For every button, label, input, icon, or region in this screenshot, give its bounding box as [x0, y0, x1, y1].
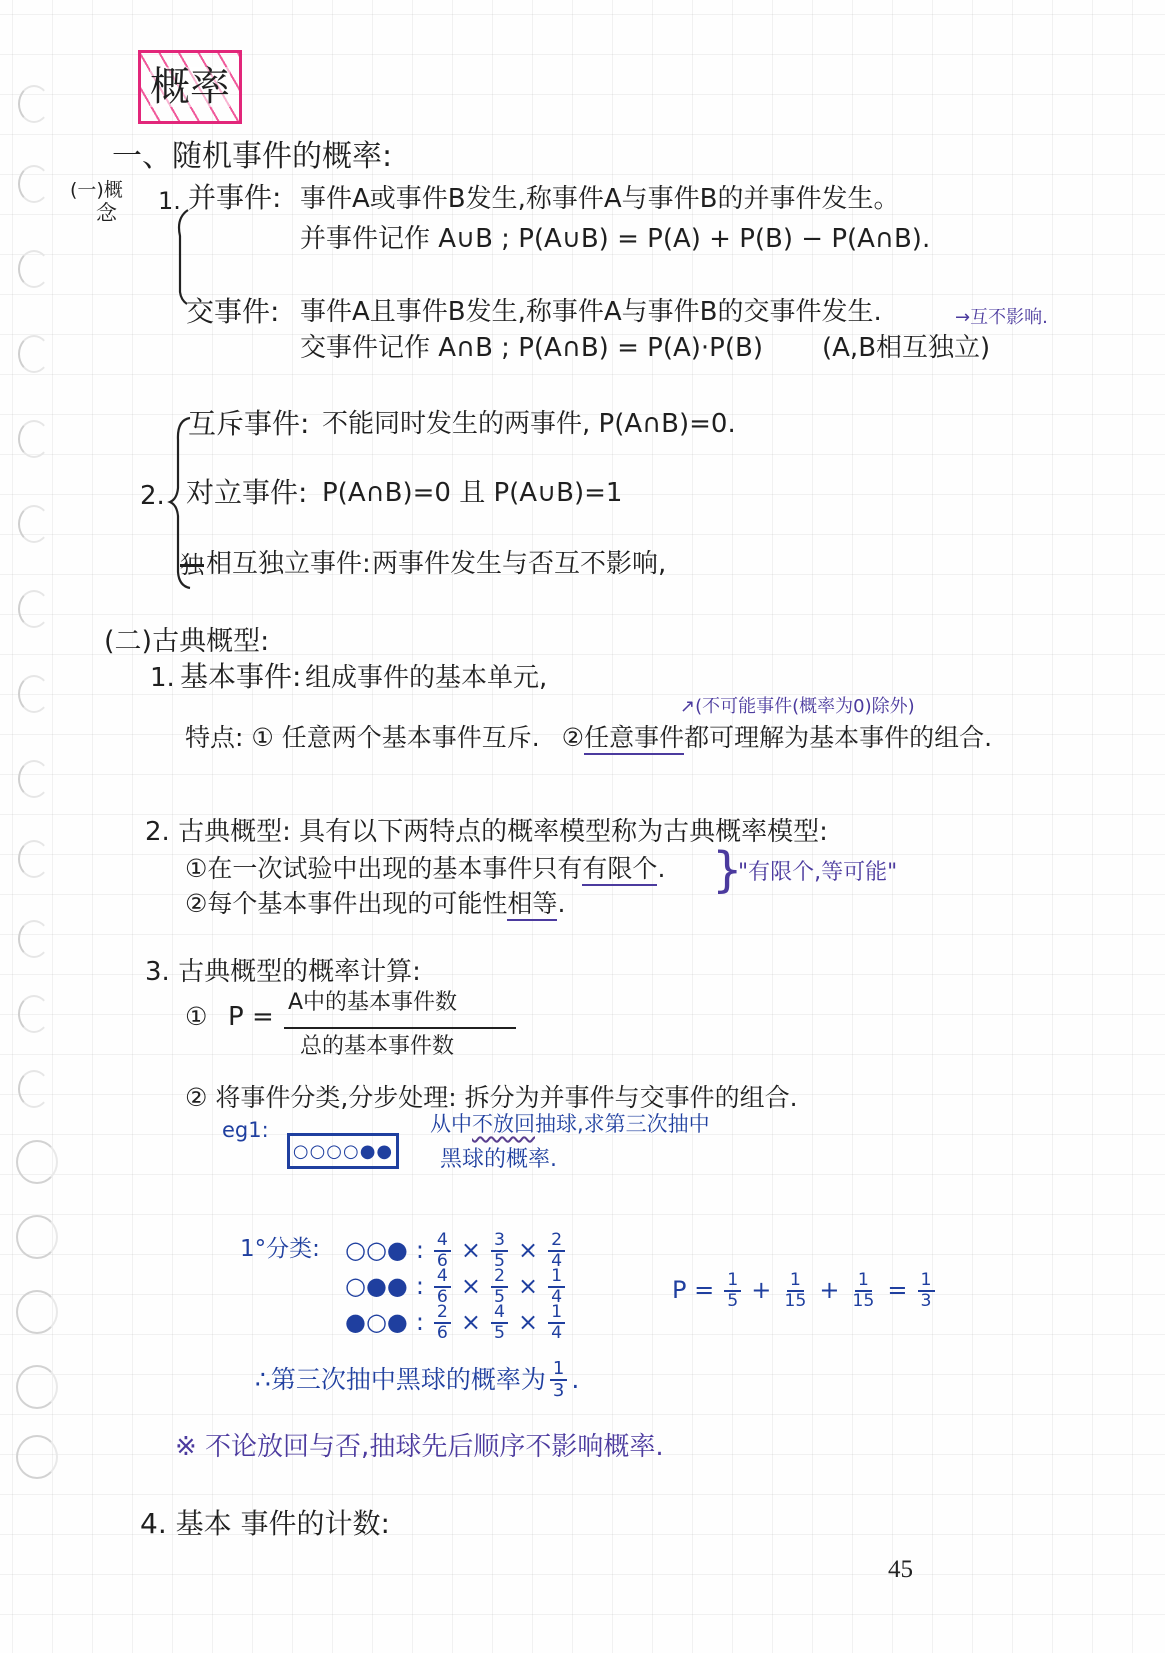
binder-hole: [18, 335, 50, 373]
subsection-label: (一)概: [70, 180, 123, 202]
exclusive-event-text: 不能同时发生的两事件, P(A∩B)=0.: [322, 410, 736, 440]
ball-pattern: ○●●: [345, 1273, 408, 1301]
item-number: 1.: [150, 664, 175, 694]
binder-hole: [16, 1435, 58, 1479]
denominator: 15: [849, 1292, 877, 1310]
struck-character: 独: [180, 552, 204, 580]
item-number: 2.: [140, 482, 165, 512]
fraction: 46: [434, 1268, 451, 1307]
condition-2-end: .: [557, 889, 565, 918]
fraction: 46: [434, 1232, 451, 1271]
example-conclusion: ∴第三次抽中黑球的概率为 13 .: [255, 1360, 579, 1400]
binder-hole: [16, 1365, 58, 1409]
binder-hole: [18, 505, 50, 543]
binder-hole: [16, 1140, 58, 1184]
numerator: 2: [434, 1304, 451, 1324]
denominator: 6: [434, 1324, 451, 1342]
numerator: 1: [918, 1272, 935, 1292]
example-label: eg1:: [222, 1118, 269, 1142]
union-event-definition: 事件A或事件B发生,称事件A与事件B的并事件发生。: [300, 185, 900, 215]
separator: :: [416, 1309, 424, 1337]
numerator: 1: [550, 1360, 567, 1381]
times-sign: ×: [461, 1273, 481, 1301]
opposite-event-term: 对立事件:: [186, 477, 307, 509]
formula-lhs: P =: [228, 1003, 274, 1033]
feature-2-prefix: ②: [562, 723, 584, 752]
denominator: 5: [724, 1292, 741, 1310]
condition-2-text: ②每个基本事件出现的可能性: [185, 889, 507, 918]
binder-hole: [18, 920, 50, 958]
exclusive-event-term: 互斥事件:: [188, 408, 309, 440]
intersection-event-term: 交事件:: [186, 296, 279, 328]
binder-hole: [18, 250, 50, 288]
elementary-event-term: 基本事件:: [180, 661, 301, 693]
fraction-bar: [284, 1027, 516, 1029]
numerator: 1: [548, 1268, 565, 1288]
conclusion-text: ∴第三次抽中黑球的概率为: [255, 1366, 546, 1395]
independent-event-text: 两事件发生与否互不影响,: [372, 550, 666, 580]
balls: ○○○○●●: [293, 1141, 393, 1162]
method-1-number: ①: [185, 1003, 207, 1032]
ball-pattern: ●○●: [345, 1309, 408, 1337]
total-probability: P = 15 + 115 + 115 = 13: [672, 1272, 937, 1311]
section-2-heading: (二)古典概型:: [104, 626, 269, 657]
numerator: 4: [434, 1268, 451, 1288]
equals-sign: =: [887, 1277, 907, 1305]
binder-hole: [18, 420, 50, 458]
plus-sign: +: [819, 1277, 839, 1305]
independence-condition: (A,B相互独立): [822, 334, 990, 364]
denominator: 5: [491, 1324, 508, 1342]
order-independence-note: ※ 不论放回与否,抽球先后顺序不影响概率.: [175, 1433, 664, 1463]
binder-hole: [18, 840, 50, 878]
times-sign: ×: [518, 1273, 538, 1301]
fraction: 35: [491, 1232, 508, 1271]
feature-2-underlined: 任意事件: [584, 723, 684, 755]
binder-hole: [18, 165, 50, 203]
separator: :: [416, 1237, 424, 1265]
fraction: 45: [491, 1304, 508, 1343]
numerator: 1: [787, 1272, 804, 1292]
binder-hole: [18, 760, 50, 798]
binder-hole: [18, 675, 50, 713]
ball-box: ○○○○●●: [287, 1133, 399, 1169]
denominator: 4: [548, 1324, 565, 1342]
condition-2-underlined: 相等: [507, 889, 557, 921]
times-sign: ×: [518, 1309, 538, 1337]
condition-1: ①在一次试验中出现的基本事件只有有限个.: [185, 855, 665, 884]
feature-2-rest: 都可理解为基本事件的组合.: [684, 723, 992, 752]
fraction: 13: [550, 1360, 567, 1400]
method-2: ② 将事件分类,分步处理: 拆分为并事件与交事件的组合.: [185, 1084, 798, 1113]
cases-label: 1°分类:: [240, 1236, 320, 1262]
ball-pattern: ○○●: [345, 1237, 408, 1265]
numerator: 3: [491, 1232, 508, 1252]
binder-hole: [18, 995, 50, 1033]
condition-1-end: .: [657, 854, 665, 883]
intersection-event-formula: 交事件记作 A∩B ; P(A∩B) = P(A)·P(B): [300, 334, 763, 364]
features-line: 特点: ① 任意两个基本事件互斥. ②任意事件都可理解为基本事件的组合.: [185, 724, 992, 753]
formula-numerator: A中的基本事件数: [288, 990, 457, 1015]
summary-note: "有限个,等可能": [738, 860, 897, 885]
item-number: 1.: [158, 188, 181, 216]
denominator: 15: [781, 1292, 809, 1310]
counting-heading: 4. 基本 事件的计数:: [140, 1508, 390, 1540]
fraction: 26: [434, 1304, 451, 1343]
times-sign: ×: [461, 1309, 481, 1337]
denominator: 3: [918, 1292, 935, 1310]
condition-2: ②每个基本事件出现的可能性相等.: [185, 890, 565, 919]
case-row: ●○● : 26 × 45 × 14: [345, 1304, 567, 1343]
page-number: 45: [888, 1556, 913, 1584]
independence-note: →互不影响.: [955, 308, 1048, 329]
features-label: 特点:: [185, 723, 243, 752]
subsection-label-cont: 念: [96, 201, 117, 225]
plus-sign: +: [751, 1277, 771, 1305]
numerator: 4: [491, 1304, 508, 1324]
total-lhs: P =: [672, 1277, 714, 1305]
section-1-heading: 一、随机事件的概率:: [112, 140, 392, 175]
problem-text: 从中: [430, 1112, 472, 1136]
separator: :: [416, 1273, 424, 1301]
fraction: 15: [724, 1272, 741, 1311]
numerator: 1: [855, 1272, 872, 1292]
example-problem-line-2: 黑球的概率.: [440, 1147, 557, 1172]
numerator: 2: [491, 1268, 508, 1288]
binder-hole: [18, 590, 50, 628]
fraction: 115: [781, 1272, 809, 1311]
problem-underlined: 不放回: [472, 1112, 535, 1136]
calculation-heading: 3. 古典概型的概率计算:: [145, 958, 421, 988]
union-event-term: 并事件:: [188, 182, 281, 214]
elementary-event-definition: 组成事件的基本单元,: [305, 664, 547, 694]
fraction: 14: [548, 1304, 565, 1343]
fraction: 13: [918, 1272, 935, 1311]
opposite-event-text: P(A∩B)=0 且 P(A∪B)=1: [322, 479, 622, 509]
binder-hole: [16, 1290, 58, 1334]
case-row: ○○● : 46 × 35 × 24: [345, 1232, 567, 1271]
fraction: 25: [491, 1268, 508, 1307]
formula-denominator: 总的基本事件数: [300, 1034, 454, 1059]
fraction: 14: [548, 1268, 565, 1307]
fraction: 24: [548, 1232, 565, 1271]
numerator: 1: [724, 1272, 741, 1292]
numerator: 4: [434, 1232, 451, 1252]
case-row: ○●● : 46 × 25 × 14: [345, 1268, 567, 1307]
notebook-page: 概率 一、随机事件的概率: (一)概 念 1. 并事件: 事件A或事件B发生,称…: [0, 0, 1165, 1653]
numerator: 2: [548, 1232, 565, 1252]
example-problem-line-1: 从中不放回抽球,求第三次抽中: [430, 1112, 710, 1136]
condition-1-text: ①在一次试验中出现的基本事件只有: [185, 854, 582, 883]
impossible-event-note: ↗(不可能事件(概率为0)除外): [680, 697, 915, 718]
binder-hole: [18, 1070, 50, 1108]
page-title-box: 概率: [138, 50, 242, 124]
fraction: 115: [849, 1272, 877, 1311]
condition-1-underlined: 有限个: [582, 854, 657, 886]
binder-hole: [16, 1215, 58, 1259]
feature-1: ① 任意两个基本事件互斥.: [251, 723, 539, 752]
page-title: 概率: [150, 67, 230, 107]
independent-event-term: 相互独立事件:: [206, 550, 371, 580]
union-event-formula: 并事件记作 A∪B ; P(A∪B) = P(A) + P(B) − P(A∩B…: [300, 225, 930, 255]
conclusion-end: .: [571, 1366, 579, 1395]
times-sign: ×: [518, 1237, 538, 1265]
denominator: 3: [550, 1381, 567, 1400]
numerator: 1: [548, 1304, 565, 1324]
binder-hole: [18, 85, 50, 123]
problem-text: 抽球,求第三次抽中: [535, 1112, 710, 1136]
times-sign: ×: [461, 1237, 481, 1265]
intersection-event-definition: 事件A且事件B发生,称事件A与事件B的交事件发生.: [300, 298, 882, 328]
